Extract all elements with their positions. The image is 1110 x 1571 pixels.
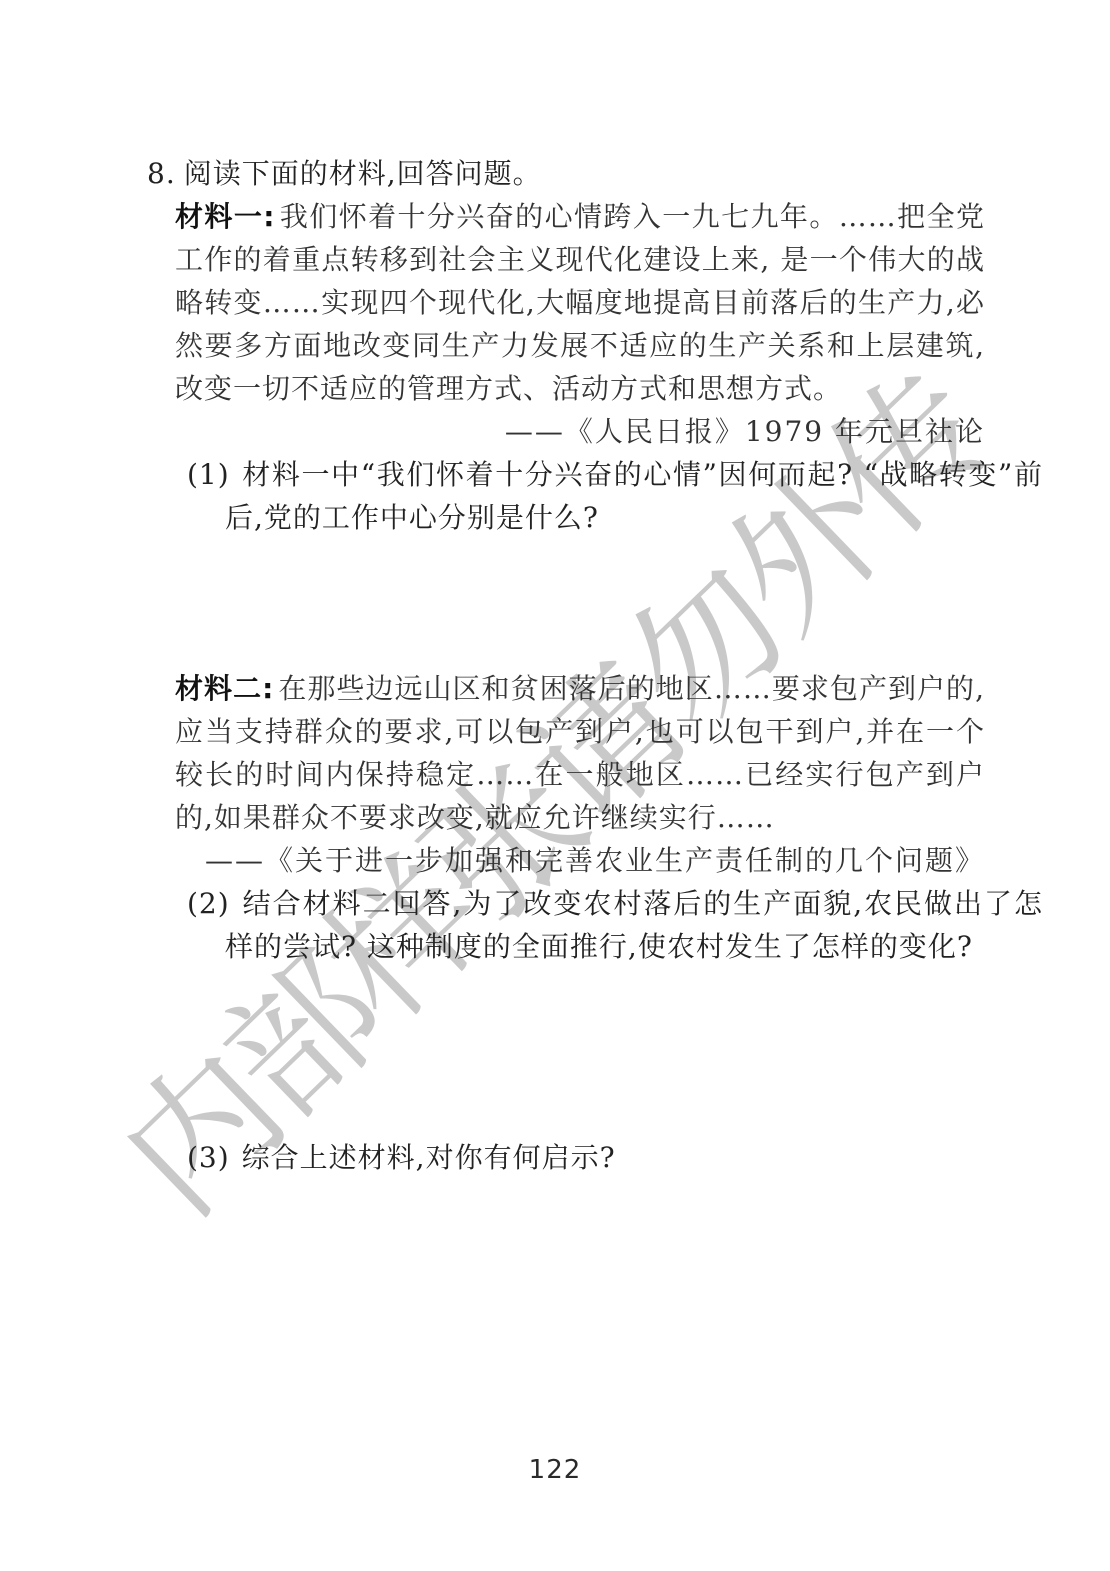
material-2-paragraph: 材料二:在那些边远山区和贫困落后的地区……要求包产到户的,应当支持群众的要求,可…	[175, 667, 985, 839]
material-1-text: 我们怀着十分兴奋的心情跨入一九七九年。……把全党工作的着重点转移到社会主义现代化…	[175, 200, 985, 405]
sub-question-3-text: 综合上述材料,对你有何启示?	[242, 1141, 616, 1174]
material-2-text: 在那些边远山区和贫困落后的地区……要求包产到户的,应当支持群众的要求,可以包产到…	[175, 672, 985, 834]
workbook-page: 内部样张请勿外传 8.阅读下面的材料,回答问题。 材料一:我们怀着十分兴奋的心情…	[0, 0, 1110, 1571]
sub-question-3-number: (3)	[187, 1141, 230, 1174]
question-8-heading: 8.阅读下面的材料,回答问题。	[147, 152, 985, 195]
sub-question-1: (1)材料一中“我们怀着十分兴奋的心情”因何而起? “战略转变”前后,党的工作中…	[167, 453, 1043, 539]
sub-question-2-number: (2)	[187, 887, 230, 920]
sub-question-2-text: 结合材料二回答,为了改变农村落后的生产面貌,农民做出了怎样的尝试? 这种制度的全…	[225, 887, 1043, 963]
material-1-source: ——《人民日报》1979 年元旦社论	[175, 410, 985, 453]
question-prompt: 阅读下面的材料,回答问题。	[184, 157, 542, 190]
exercise-content: 8.阅读下面的材料,回答问题。 材料一:我们怀着十分兴奋的心情跨入一九七九年。……	[147, 152, 985, 1179]
question-number: 8.	[147, 157, 176, 190]
sub-question-1-number: (1)	[187, 458, 230, 491]
material-2-source: ——《关于进一步加强和完善农业生产责任制的几个问题》	[175, 839, 985, 882]
material-1-label: 材料一:	[175, 200, 275, 233]
material-2-label: 材料二:	[175, 672, 274, 705]
sub-question-2: (2)结合材料二回答,为了改变农村落后的生产面貌,农民做出了怎样的尝试? 这种制…	[167, 882, 1043, 968]
sub-question-3: (3)综合上述材料,对你有何启示?	[167, 1136, 1043, 1179]
sub-question-1-text: 材料一中“我们怀着十分兴奋的心情”因何而起? “战略转变”前后,党的工作中心分别…	[225, 458, 1043, 534]
material-1-paragraph: 材料一:我们怀着十分兴奋的心情跨入一九七九年。……把全党工作的着重点转移到社会主…	[175, 195, 985, 410]
page-number: 122	[0, 1455, 1110, 1485]
